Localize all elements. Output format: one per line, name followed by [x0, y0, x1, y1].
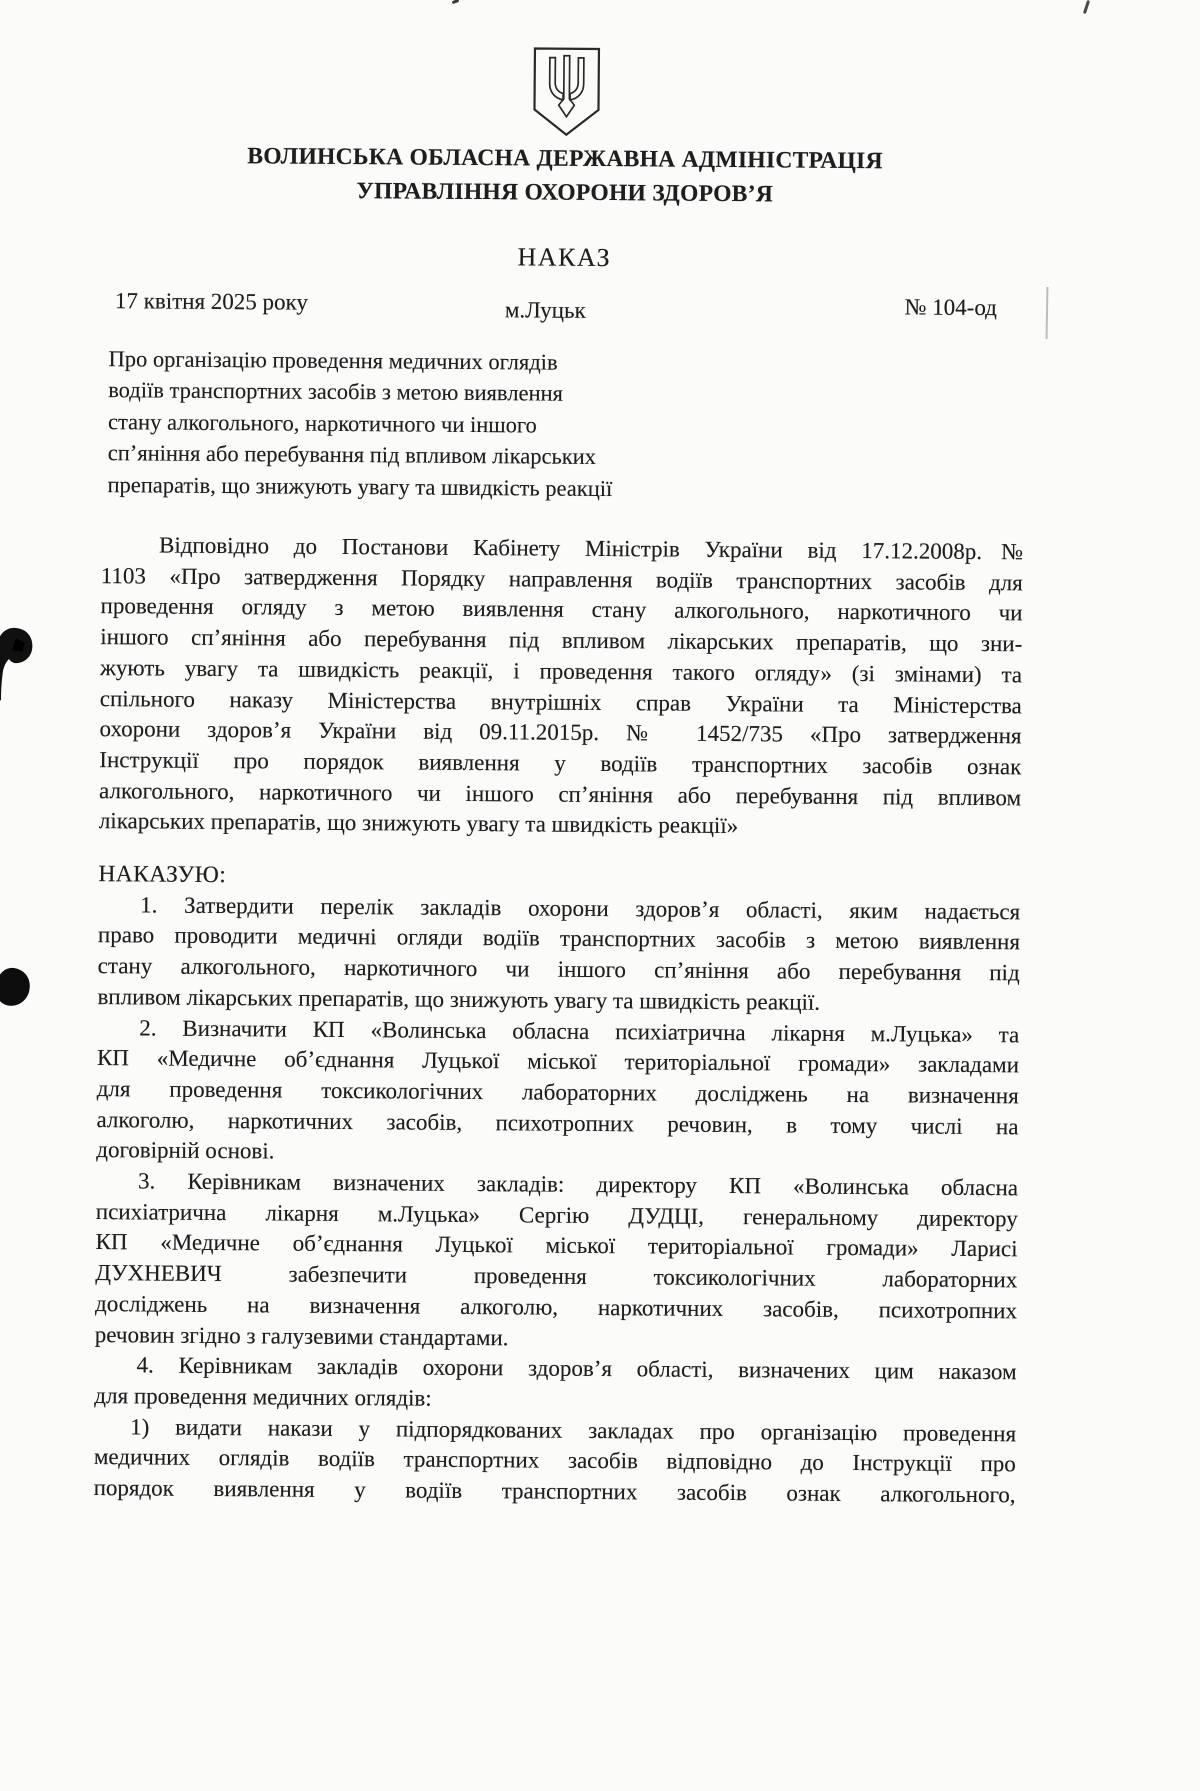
text-line: сп’яніння або перебування під впливом лі…: [108, 437, 768, 474]
order-number: № 104-од: [904, 294, 997, 321]
ink-blob-artifact-2: [0, 966, 32, 1010]
order-city: м.Луцьк: [505, 297, 586, 324]
ink-blob-artifact-1: [0, 626, 36, 704]
order-item-1: 1. Затвердити перелік закладів охорони з…: [97, 890, 1020, 1020]
text-line: препаратів, що знижують увагу та швидкіс…: [107, 469, 767, 506]
ukraine-coat-of-arms-icon: [528, 45, 605, 138]
document-type-title: НАКАЗ: [103, 239, 1025, 276]
scanned-document-page: ВОЛИНСЬКА ОБЛАСНА ДЕРЖАВНА АДМІНІСТРАЦІЯ…: [0, 0, 1200, 1791]
document-sheet: ВОЛИНСЬКА ОБЛАСНА ДЕРЖАВНА АДМІНІСТРАЦІЯ…: [0, 0, 1200, 1791]
order-item-2: 2. Визначити КП «Волинська обласна психі…: [96, 1013, 1019, 1174]
text-line: порядок виявлення у водіїв транспортних …: [94, 1473, 1016, 1511]
order-item-4: 4. Керівникам закладів охорони здоров’я …: [94, 1350, 1016, 1419]
preamble-paragraph: Відповідно до Постанови Кабінету Міністр…: [99, 530, 1023, 844]
order-body: Відповідно до Постанови Кабінету Міністр…: [94, 530, 1024, 1511]
text-line: водіїв транспортних засобів з метою вияв…: [108, 375, 768, 412]
order-subitem-1: 1) видати накази у підпорядкованих закла…: [94, 1412, 1017, 1511]
text-line: Про організацію проведення медичних огля…: [108, 343, 768, 380]
date-row: 17 квітня 2025 року м.Луцьк № 104-од: [103, 288, 1025, 329]
text-line: стану алкогольного, наркотичного чи іншо…: [108, 406, 768, 443]
order-item-3: 3. Керівникам визначених закладів: дирек…: [95, 1166, 1018, 1357]
order-subject: Про організацію проведення медичних огля…: [107, 343, 768, 505]
order-document: ВОЛИНСЬКА ОБЛАСНА ДЕРЖАВНА АДМІНІСТРАЦІЯ…: [105, 0, 1027, 3]
org-name-line2: УПРАВЛІННЯ ОХОРОНИ ЗДОРОВ’Я: [104, 172, 1026, 213]
order-date: 17 квітня 2025 року: [115, 288, 308, 316]
